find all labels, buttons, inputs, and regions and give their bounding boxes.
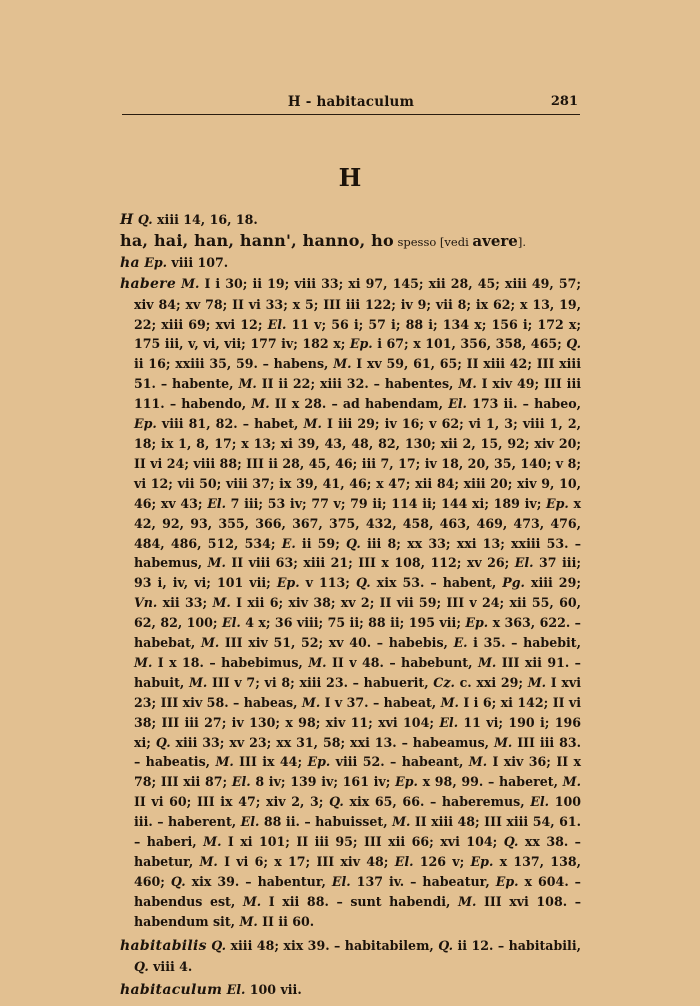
source-abbrev: El. xyxy=(515,555,534,570)
source-abbrev: El. xyxy=(530,794,549,809)
headword: habere xyxy=(120,276,176,292)
source-abbrev: Ep. xyxy=(277,575,300,590)
source-abbrev: Ep. xyxy=(144,255,167,270)
source-abbrev: Ep. xyxy=(465,615,488,630)
source-abbrev: Vn. xyxy=(134,595,157,610)
source-abbrev: M. xyxy=(134,655,152,670)
source-abbrev: M. xyxy=(189,675,207,690)
source-abbrev: Ep. xyxy=(134,416,157,431)
source-abbrev: M. xyxy=(478,655,496,670)
source-abbrev: M. xyxy=(181,276,199,291)
source-abbrev: Q. xyxy=(171,874,186,889)
source-abbrev: Cz. xyxy=(433,675,455,690)
entry-habitaculum: habitaculum El. 100 vii. xyxy=(120,980,581,1001)
source-abbrev: M. xyxy=(251,396,269,411)
source-abbrev: M. xyxy=(392,814,410,829)
source-abbrev: M. xyxy=(528,675,546,690)
source-abbrev: El. xyxy=(332,874,351,889)
section-letter: H xyxy=(0,163,700,192)
source-abbrev: Q. xyxy=(566,336,581,351)
source-abbrev: M. xyxy=(563,774,581,789)
source-abbrev: El. xyxy=(232,774,251,789)
source-abbrev: El. xyxy=(448,396,467,411)
cross-reference-note: spesso [vedi xyxy=(394,235,473,249)
source-abbrev: Q. xyxy=(156,735,171,750)
source-abbrev: El. xyxy=(241,814,260,829)
headword: ha xyxy=(120,255,140,271)
source-abbrev: El. xyxy=(207,496,226,511)
source-abbrev: M. xyxy=(304,416,322,431)
source-abbrev: Q. xyxy=(438,938,453,953)
source-abbrev: Q. xyxy=(356,575,371,590)
page-number: 281 xyxy=(551,94,578,109)
source-abbrev: M. xyxy=(215,754,233,769)
headword: ha, hai, han, hann', hanno, ho xyxy=(120,231,394,250)
source-abbrev: Q. xyxy=(329,794,344,809)
running-title: H - habitaculum xyxy=(122,94,580,110)
running-head: H - habitaculum 281 xyxy=(122,92,580,112)
source-abbrev: Q. xyxy=(134,959,149,974)
source-abbrev: M. xyxy=(469,754,487,769)
headword: habitabilis xyxy=(120,938,207,954)
entry-habitabilis: habitabilis Q. xiii 48; xix 39. – habita… xyxy=(120,936,581,977)
entry-references: M. I i 30; ii 19; viii 33; xi 97, 145; x… xyxy=(134,276,581,929)
source-abbrev: Ep. xyxy=(546,496,569,511)
cross-reference-end: ]. xyxy=(518,235,526,249)
source-abbrev: El. xyxy=(395,854,414,869)
headword: H xyxy=(120,212,134,228)
source-abbrev: Pg. xyxy=(502,575,525,590)
entry-h: H Q. xiii 14, 16, 18. xyxy=(120,210,581,231)
source-abbrev: Q. xyxy=(138,212,153,227)
entry-ha: ha Ep. viii 107. xyxy=(120,253,581,274)
source-abbrev: Q. xyxy=(504,834,519,849)
source-abbrev: Ep. xyxy=(471,854,494,869)
source-abbrev: M. xyxy=(458,894,476,909)
source-abbrev: Q. xyxy=(346,536,361,551)
source-abbrev: M. xyxy=(308,655,326,670)
source-abbrev: M. xyxy=(441,695,459,710)
source-abbrev: El. xyxy=(268,317,287,332)
entry-ha-hai-han: ha, hai, han, hann', hanno, ho spesso [v… xyxy=(120,231,581,253)
source-abbrev: M. xyxy=(458,376,476,391)
source-abbrev: El. xyxy=(227,982,246,997)
source-abbrev: Ep. xyxy=(395,774,418,789)
cross-reference-target: avere xyxy=(472,232,517,250)
source-abbrev: Ep. xyxy=(307,754,330,769)
source-abbrev: El. xyxy=(439,715,458,730)
source-abbrev: M. xyxy=(243,894,261,909)
source-abbrev: M. xyxy=(239,914,257,929)
source-abbrev: M. xyxy=(208,555,226,570)
source-abbrev: M. xyxy=(203,834,221,849)
header-rule xyxy=(122,114,580,115)
source-abbrev: El. xyxy=(222,615,241,630)
dictionary-page: H - habitaculum 281 H H Q. xiii 14, 16, … xyxy=(0,0,700,1006)
entry-references: 100 vii. xyxy=(245,982,301,997)
source-abbrev: Ep. xyxy=(496,874,519,889)
entry-list: H Q. xiii 14, 16, 18. ha, hai, han, hann… xyxy=(120,210,581,1001)
source-abbrev: M. xyxy=(212,595,230,610)
source-abbrev: M. xyxy=(333,356,351,371)
source-abbrev: E. xyxy=(454,635,468,650)
headword: habitaculum xyxy=(120,982,222,998)
source-abbrev: Q. xyxy=(211,938,226,953)
entry-references: viii 107. xyxy=(167,255,228,270)
source-abbrev: M. xyxy=(302,695,320,710)
source-abbrev: M. xyxy=(238,376,256,391)
entry-habere: habere M. I i 30; ii 19; viii 33; xi 97,… xyxy=(120,274,581,932)
source-abbrev: M. xyxy=(201,635,219,650)
source-abbrev: E. xyxy=(282,536,296,551)
source-abbrev: M. xyxy=(199,854,217,869)
source-abbrev: Ep. xyxy=(350,336,373,351)
source-abbrev: M. xyxy=(494,735,512,750)
entry-references: Q. xiii 14, 16, 18. xyxy=(134,212,258,227)
